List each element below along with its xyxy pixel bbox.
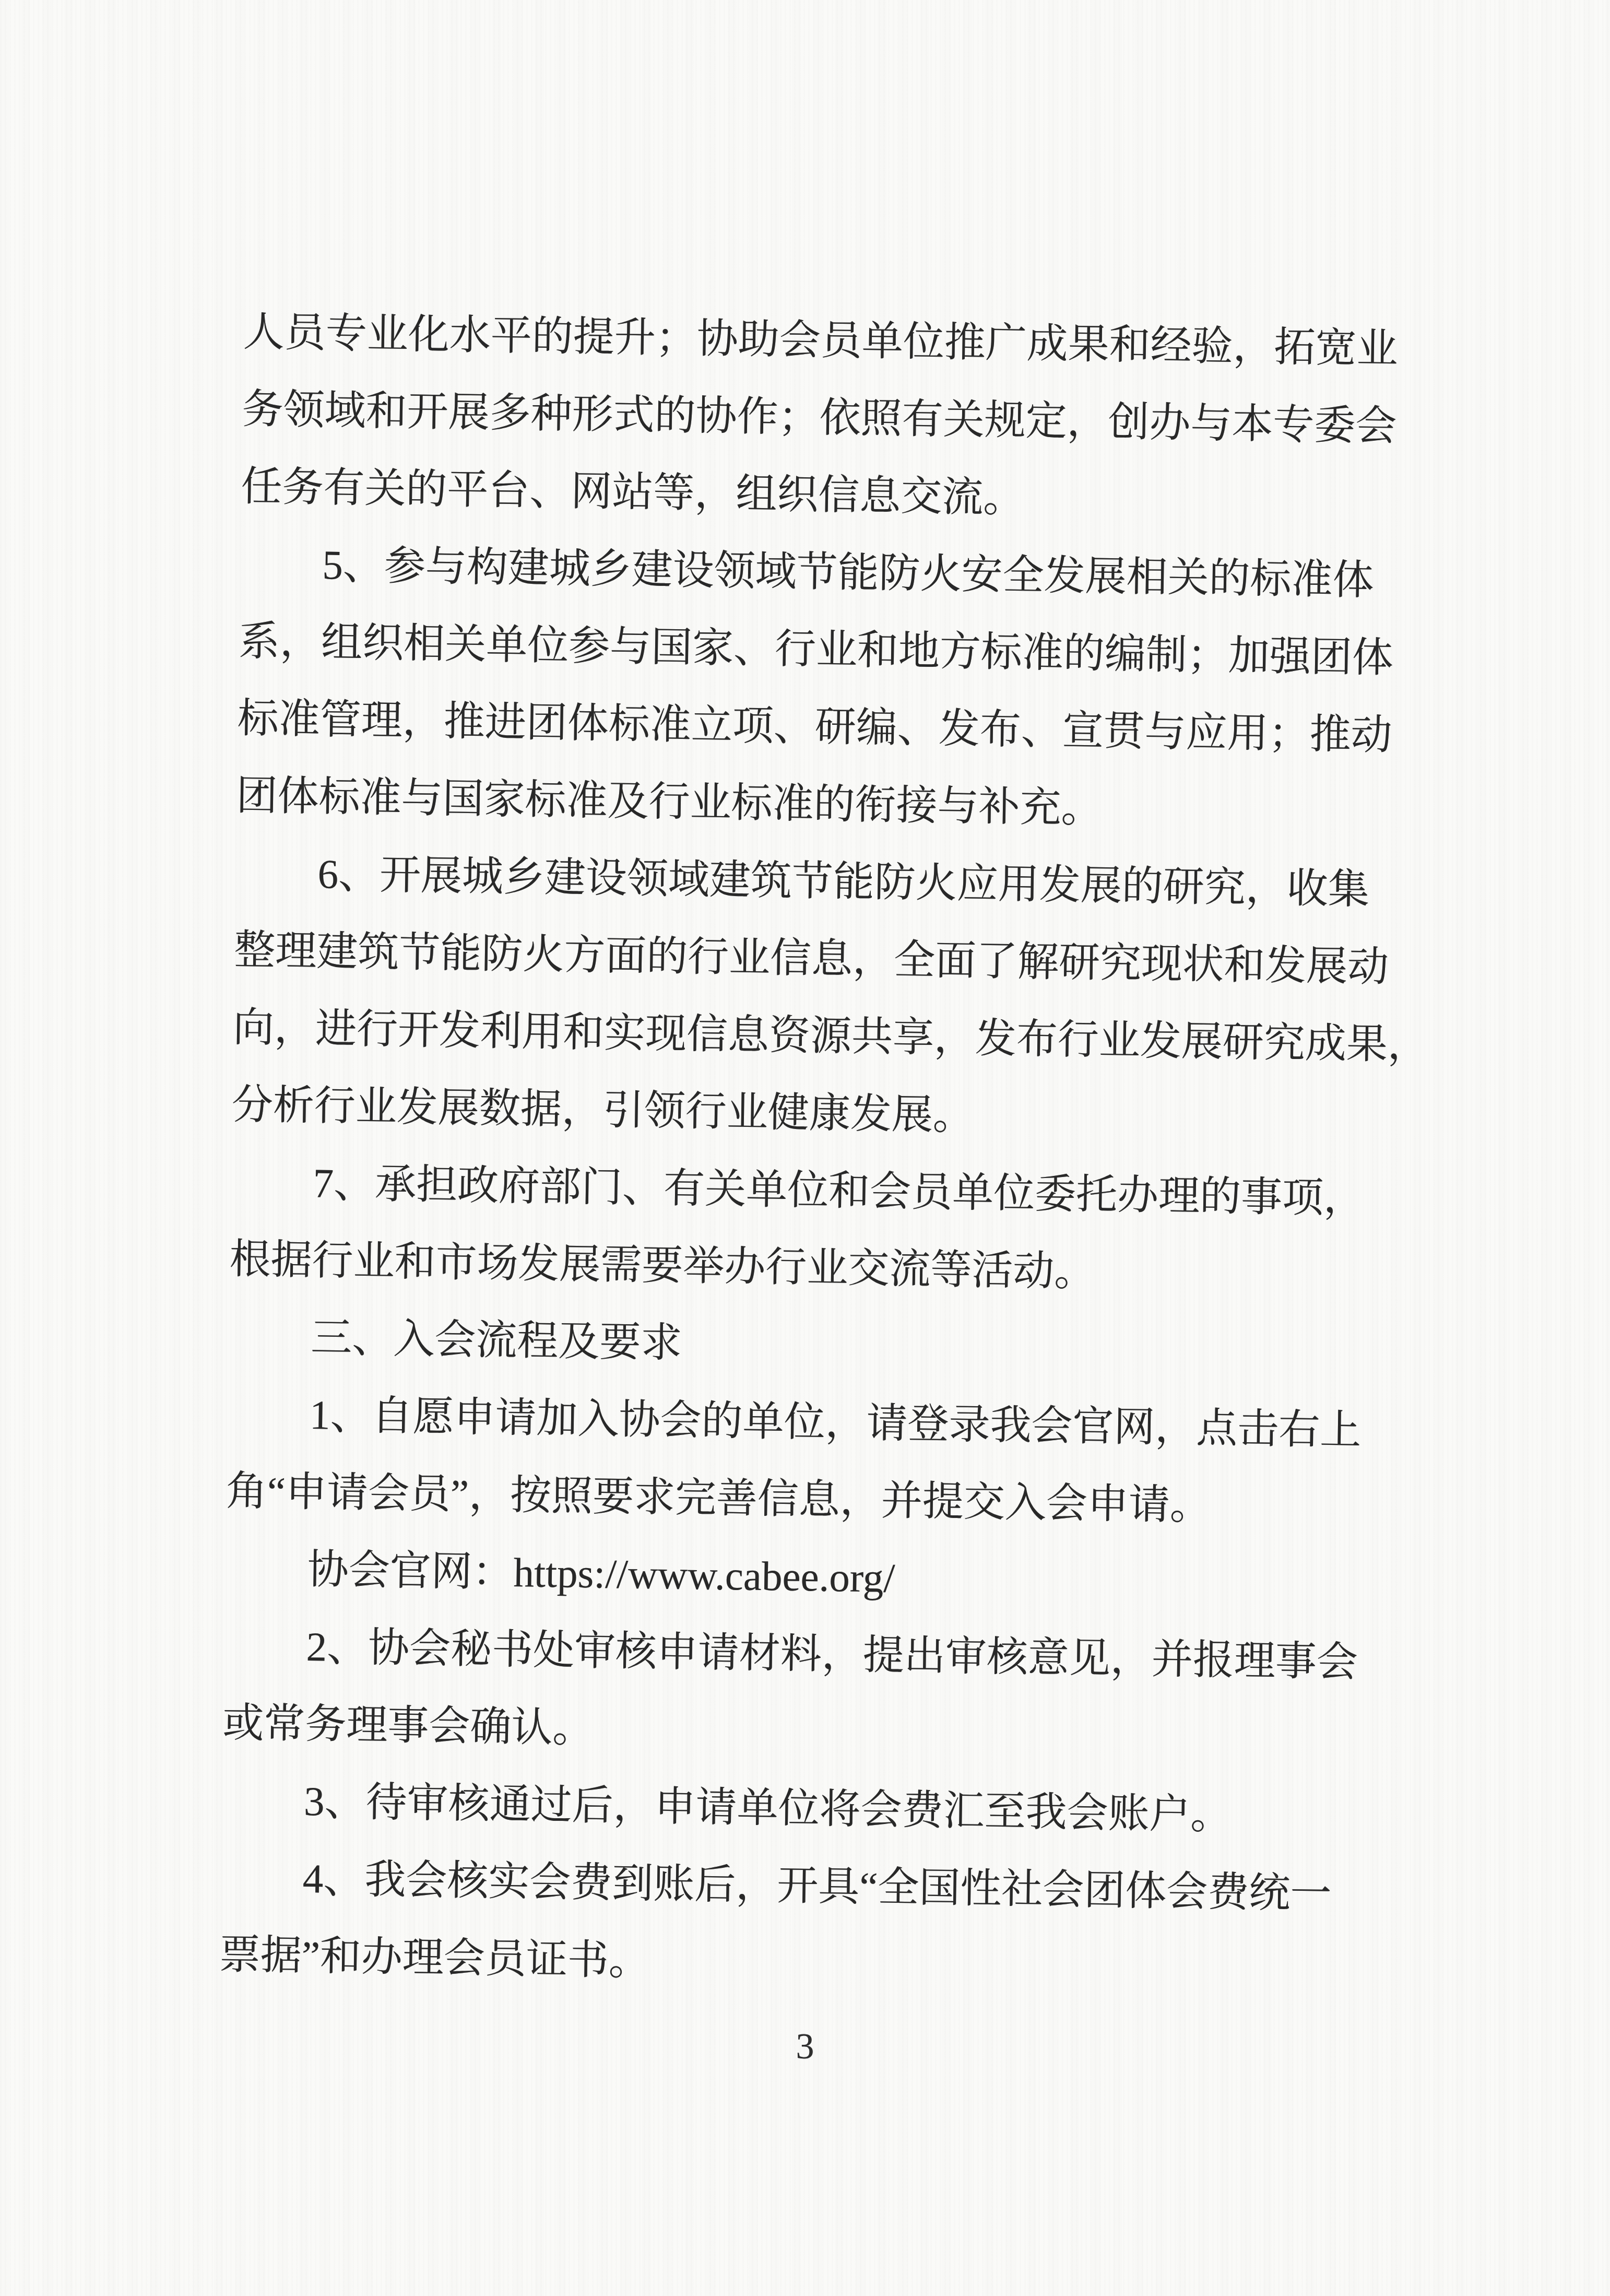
scanned-document-page: { "page": { "number": "3", "background_c… bbox=[0, 0, 1610, 2296]
document-text-block: 人员专业化水平的提升；协助会员单位推广成果和经验，拓宽业务领域和开展多种形式的协… bbox=[219, 294, 1413, 2011]
page-number: 3 bbox=[0, 2029, 1610, 2065]
